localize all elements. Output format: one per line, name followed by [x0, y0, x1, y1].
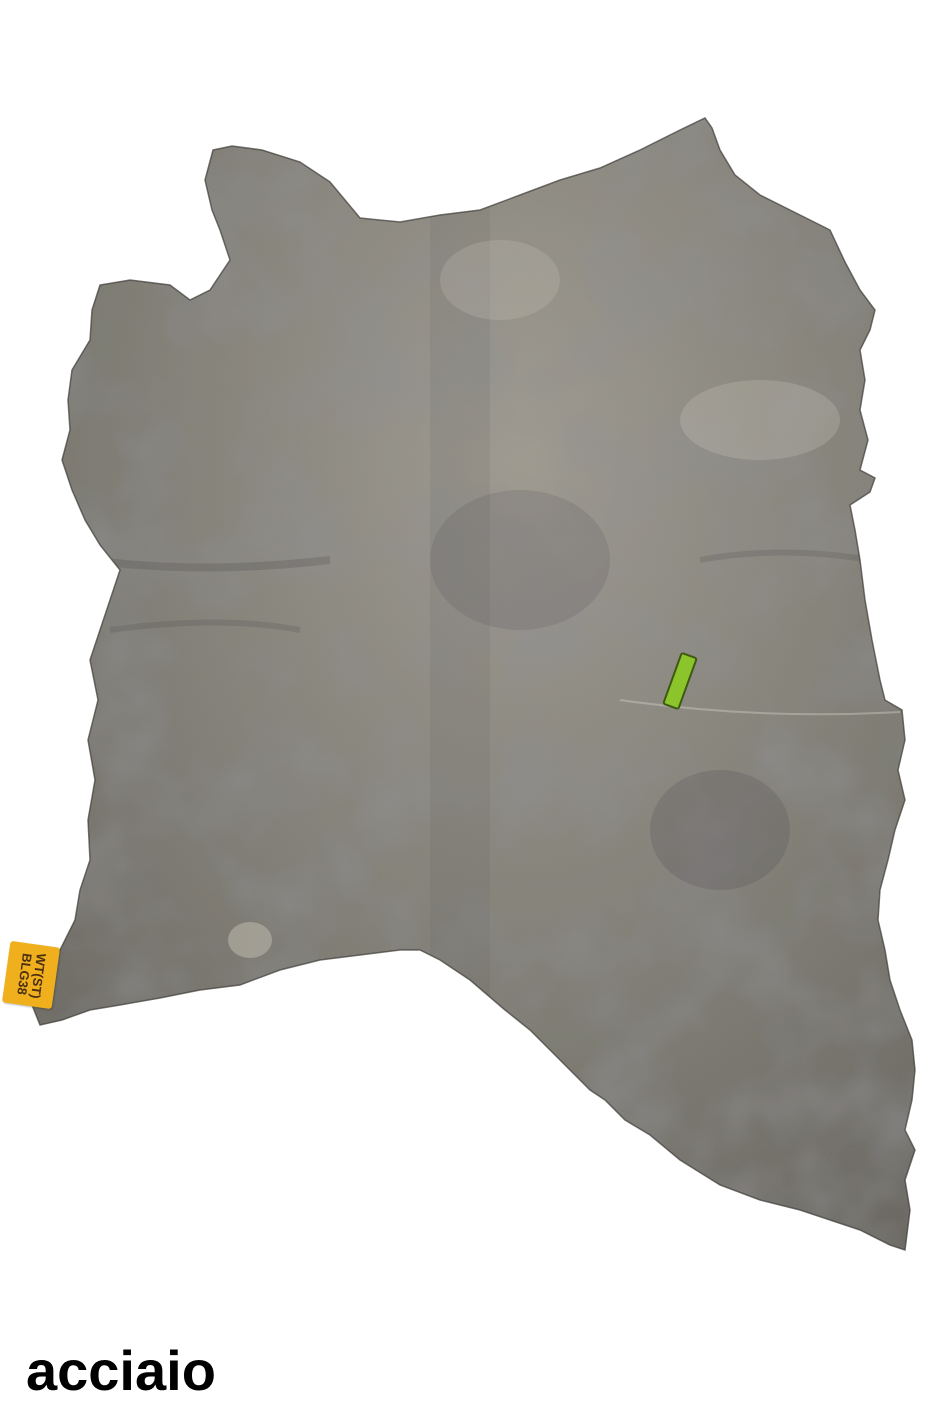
- product-photo: WT(ST) BLG38 acciaio: [0, 0, 948, 1422]
- inventory-tag: WT(ST) BLG38: [2, 941, 60, 1009]
- leather-hide: [0, 0, 948, 1422]
- tag-text: WT(ST) BLG38: [14, 951, 48, 1000]
- color-name-caption: acciaio: [26, 1338, 216, 1403]
